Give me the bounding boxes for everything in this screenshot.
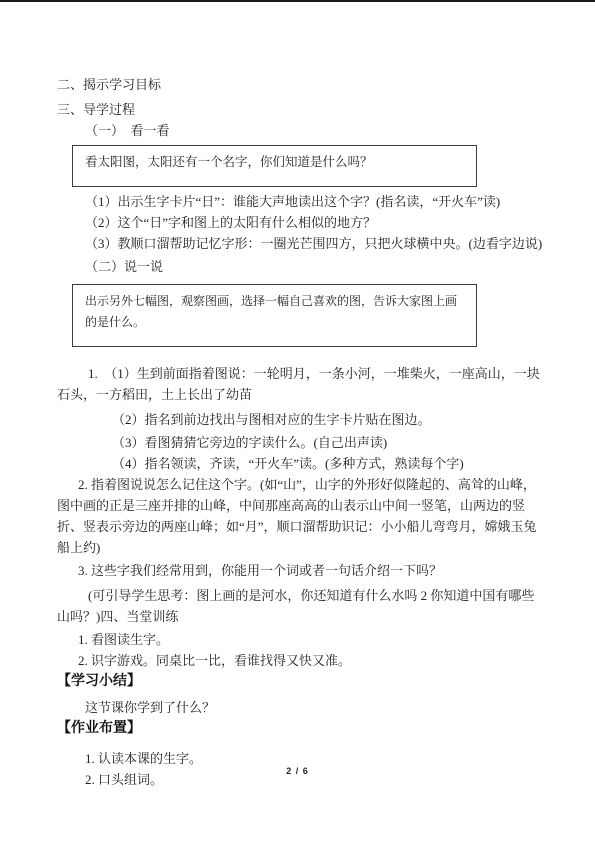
heading-reveal-goals: 二、揭示学习目标 (57, 74, 544, 95)
say-paragraph-1: 1. （1）生到前面指着图说：一轮明月，一条小河，一堆柴火，一座高山，一块石头，… (57, 363, 544, 405)
practice-item-2: 2. 识字游戏。同桌比一比，看谁找得又快又准。 (57, 650, 544, 671)
summary-question: 这节课你学到了什么？ (57, 697, 544, 718)
top-border-rule (0, 0, 595, 2)
say-sub-item-2: （2）指名到前边找出与图相对应的生字卡片贴在图边。 (57, 409, 544, 430)
prompt-box-look-text: 看太阳图，太阳还有一个名字，你们知道是什么吗？ (85, 152, 464, 173)
prompt-box-look: 看太阳图，太阳还有一个名字，你们知道是什么吗？ (72, 145, 477, 187)
say-sub-item-4: （4）指名领读，齐读，“开火车”读。(多种方式，熟读每个字) (57, 453, 544, 474)
say-paragraph-3: 3. 这些字我们经常用到，你能用一个词或者一句话介绍一下吗？ (57, 560, 544, 581)
look-item-1: （1）出示生字卡片“日”：谁能大声地读出这个字？(指名读，“开火车”读) (57, 191, 544, 212)
heading-guided-process: 三、导学过程 (57, 99, 544, 120)
document-content: 二、揭示学习目标 三、导学过程 （一） 看一看 看太阳图，太阳还有一个名字，你们… (57, 74, 544, 790)
prompt-box-say-text: 出示另外七幅图，观察图画，选择一幅自己喜欢的图，告诉大家图上画的是什么。 (85, 291, 464, 333)
page-number-indicator: 2 / 6 (0, 766, 595, 776)
say-paragraph-2: 2. 指着图说说怎么记住这个字。(如“山”，山字的外形好似隆起的、高耸的山峰，图… (57, 474, 544, 558)
prompt-box-say: 出示另外七幅图，观察图画，选择一幅自己喜欢的图，告诉大家图上画的是什么。 (72, 284, 477, 347)
document-page: 二、揭示学习目标 三、导学过程 （一） 看一看 看太阳图，太阳还有一个名字，你们… (0, 0, 595, 841)
look-item-3: （3）教顺口溜帮助记忆字形：一圈光芒围四方，只把火球横中央。(边看字边说) (57, 233, 544, 254)
heading-summary: 【学习小结】 (57, 671, 544, 693)
practice-item-1: 1. 看图读生字。 (57, 629, 544, 650)
say-sub-item-3: （3）看图猜猜它旁边的字读什么。(自己出声读) (57, 432, 544, 453)
subsection-look-title: （一） 看一看 (57, 120, 544, 141)
look-item-2: （2）这个“日”字和图上的太阳有什么相似的地方？ (57, 212, 544, 233)
subsection-say-title: （二）说一说 (57, 256, 544, 277)
say-paragraph-4: (可引导学生思考：图上画的是河水，你还知道有什么水吗 2 你知道中国有哪些山吗？… (57, 585, 544, 627)
heading-homework: 【作业布置】 (57, 718, 544, 740)
